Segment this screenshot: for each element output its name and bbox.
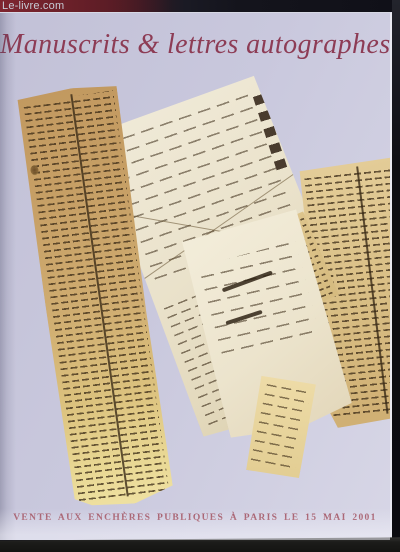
handwriting-texture	[198, 240, 320, 358]
ink-smear	[226, 310, 263, 325]
auction-date-line: VENTE AUX ENCHÈRES PUBLIQUES À PARIS LE …	[0, 513, 390, 523]
cover-title: Manuscrits & lettres autographes	[0, 28, 386, 62]
handwriting-texture	[250, 380, 312, 472]
ink-blot	[30, 165, 39, 176]
postal-stamp-marks	[251, 89, 287, 170]
ink-smear	[222, 271, 273, 293]
column-rule	[70, 95, 128, 497]
bookseller-watermark: Le-livre.com	[0, 0, 172, 12]
manuscripts-photo	[0, 13, 390, 540]
catalog-cover: Manuscrits & lettres autographes	[0, 12, 392, 540]
photo-frame-right	[392, 0, 400, 552]
book-cover-photo: Manuscrits & lettres autographes	[0, 0, 400, 552]
column-rule	[357, 167, 389, 414]
